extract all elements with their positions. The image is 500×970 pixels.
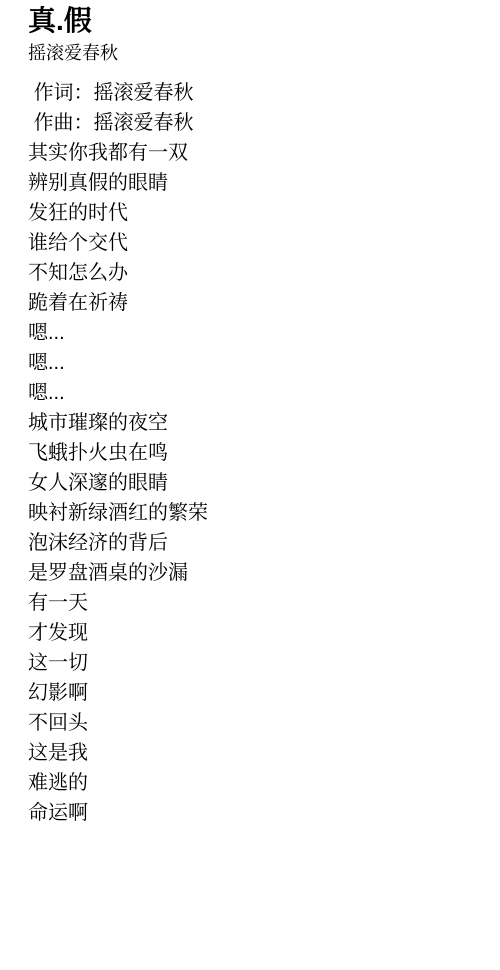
credit-line-composer: 作曲：摇滚爱春秋 [28,108,480,138]
lyric-line: 这一切 [28,648,480,678]
lyric-line: 女人深邃的眼睛 [28,468,480,498]
lyric-line: 幻影啊 [28,678,480,708]
lyric-line: 这是我 [28,738,480,768]
lyric-line: 其实你我都有一双 [28,138,480,168]
lyric-line: 跪着在祈祷 [28,288,480,318]
lyric-line: 泡沫经济的背后 [28,528,480,558]
lyric-line: 映衬新绿酒红的繁荣 [28,498,480,528]
lyric-line: 嗯... [28,378,480,408]
lyric-line: 飞蛾扑火虫在鸣 [28,438,480,468]
song-title: 真.假 [28,2,480,40]
lyric-line: 辨别真假的眼睛 [28,168,480,198]
lyric-line: 有一天 [28,588,480,618]
credit-line-lyricist: 作词：摇滚爱春秋 [28,78,480,108]
lyric-line: 难逃的 [28,768,480,798]
lyric-line: 不回头 [28,708,480,738]
lyric-line: 命运啊 [28,798,480,828]
lyrics-page: 真.假 摇滚爱春秋 作词：摇滚爱春秋 作曲：摇滚爱春秋 其实你我都有一双 辨别真… [0,0,500,828]
lyric-line: 不知怎么办 [28,258,480,288]
lyric-line: 谁给个交代 [28,228,480,258]
lyrics-container: 作词：摇滚爱春秋 作曲：摇滚爱春秋 其实你我都有一双 辨别真假的眼睛 发狂的时代… [28,78,480,828]
lyric-line: 是罗盘酒桌的沙漏 [28,558,480,588]
artist-name: 摇滚爱春秋 [28,40,480,66]
lyric-line: 城市璀璨的夜空 [28,408,480,438]
lyric-line: 嗯... [28,318,480,348]
lyric-line: 发狂的时代 [28,198,480,228]
lyric-line: 才发现 [28,618,480,648]
lyric-line: 嗯... [28,348,480,378]
